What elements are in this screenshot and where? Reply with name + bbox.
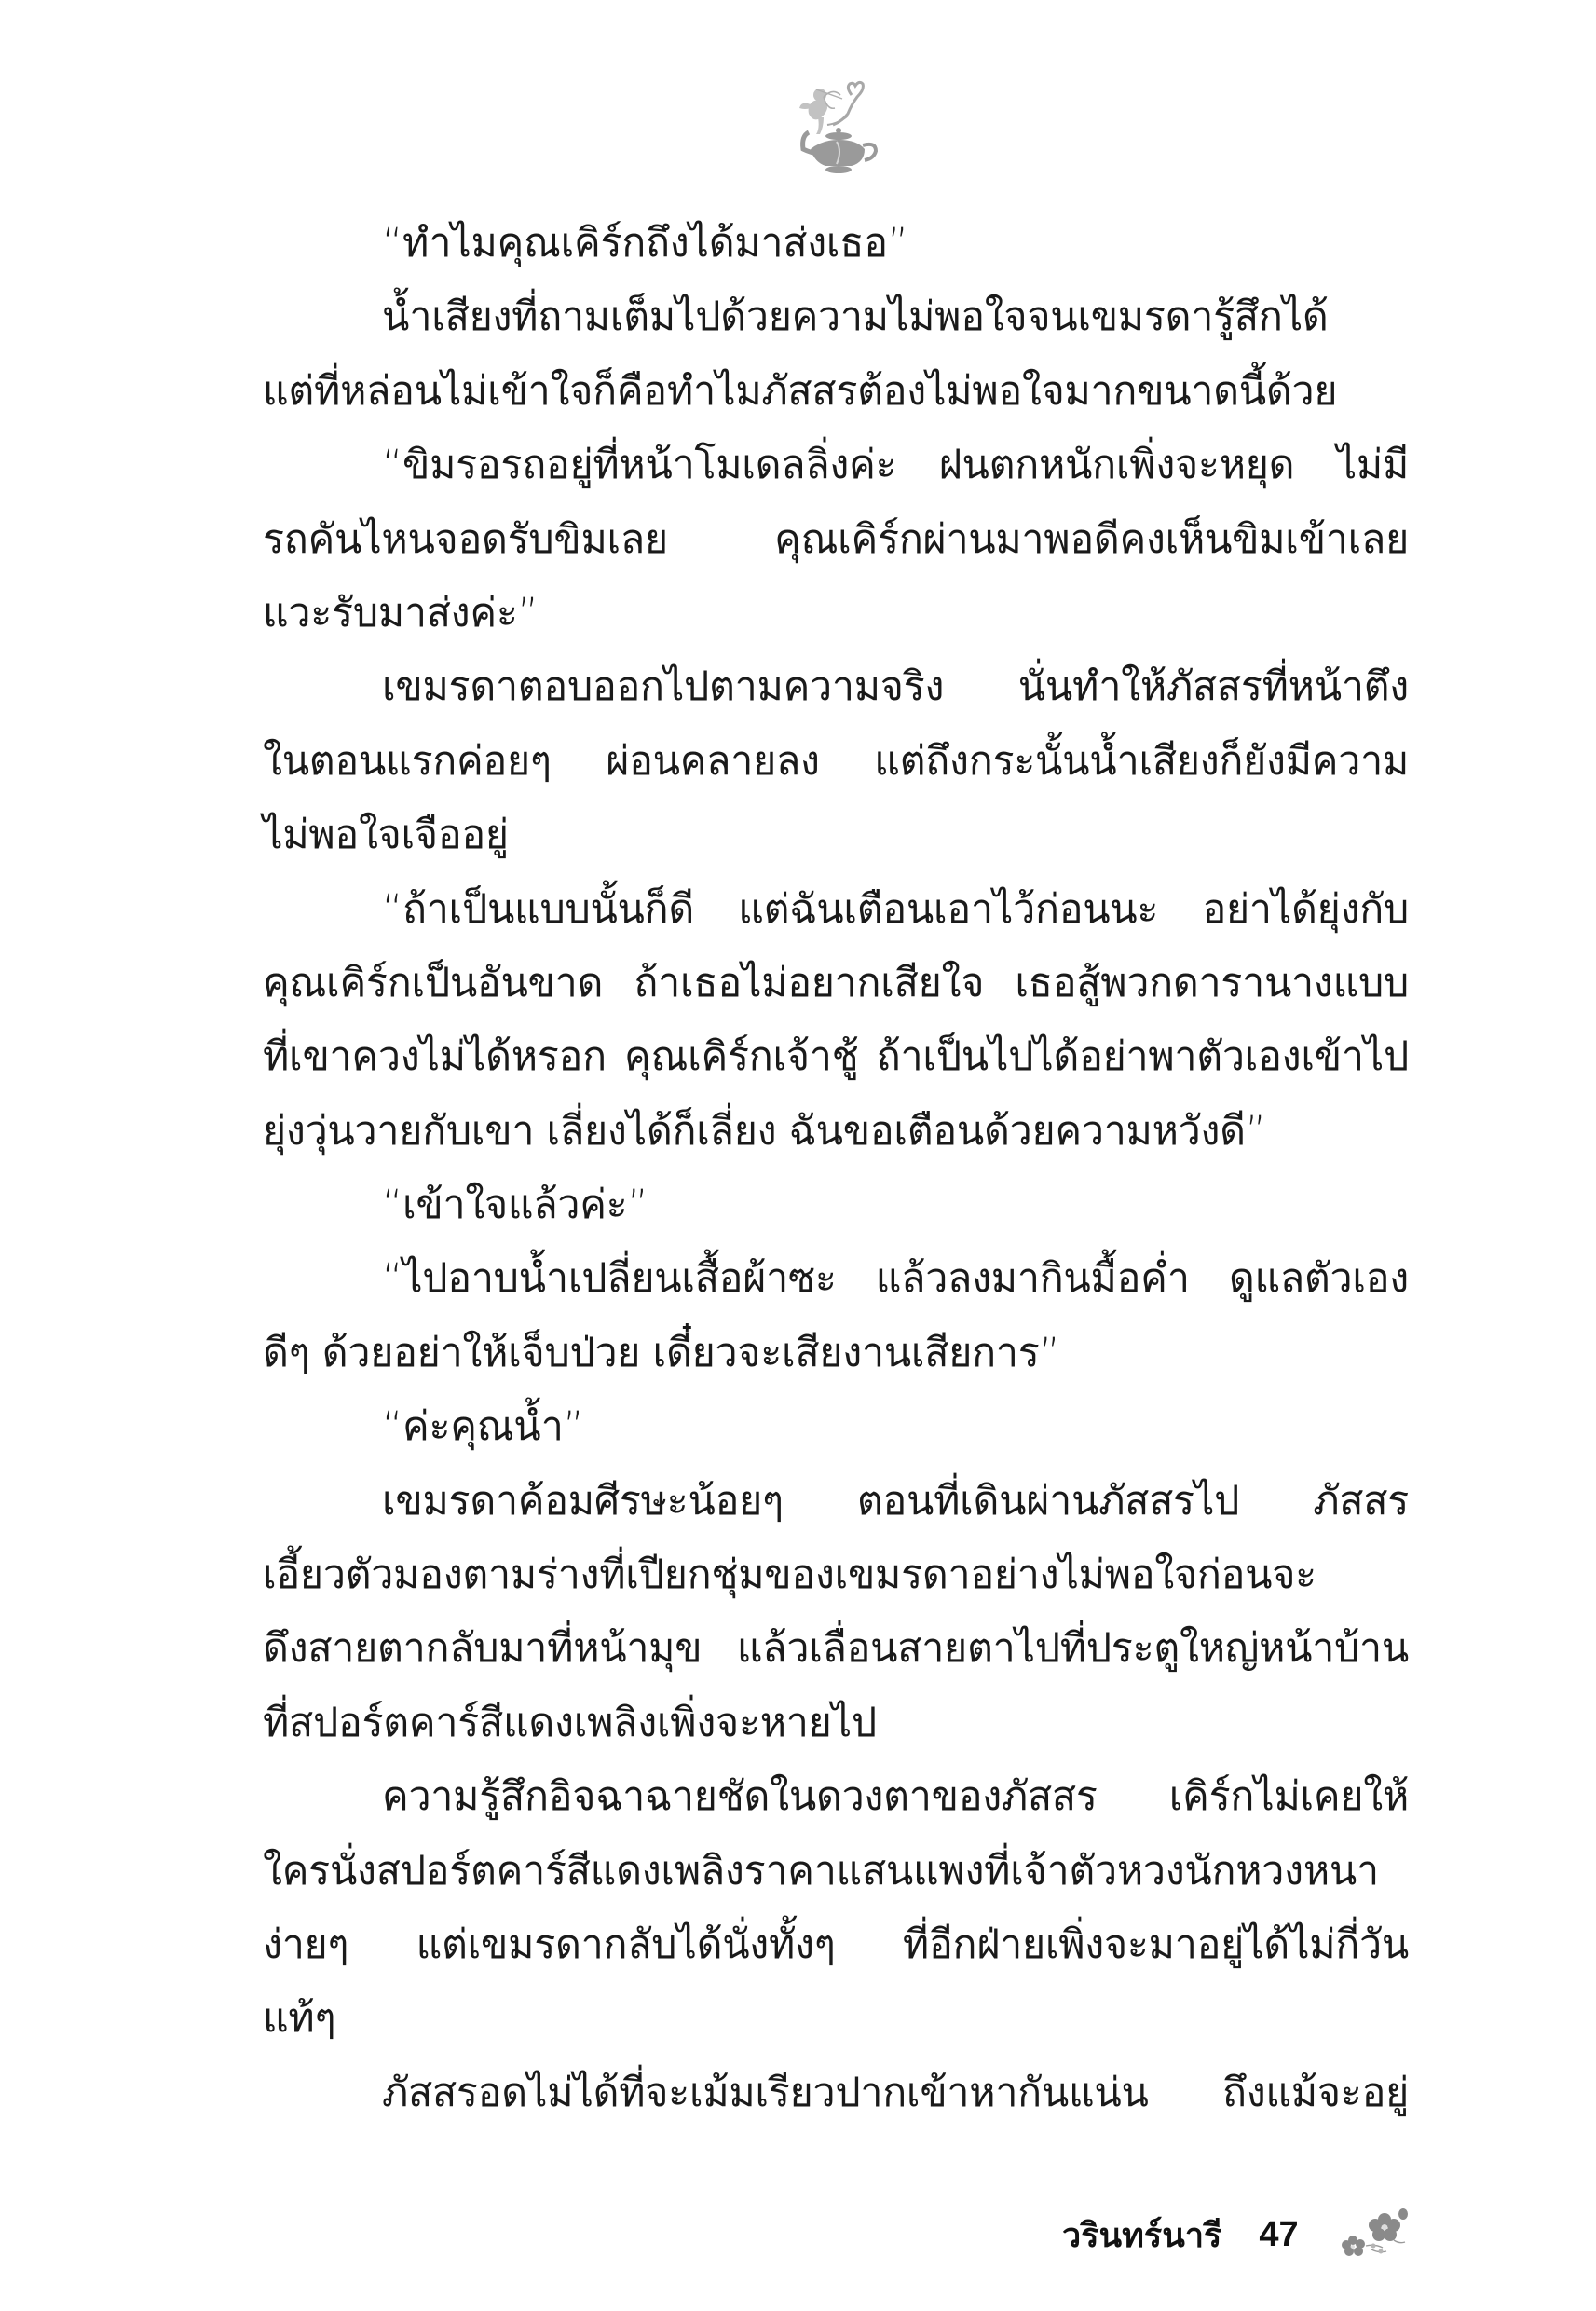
text-line: คุณเคิร์กเป็นอันขาด ถ้าเธอไม่อยากเสียใจ … xyxy=(263,947,1409,1020)
text-line: เอี้ยวตัวมองตามร่างที่เปียกชุ่มของเขมรดา… xyxy=(263,1538,1409,1612)
body-text: “ทำไมคุณเคิร์กถึงได้มาส่งเธอ” น้ำเสียงที… xyxy=(263,207,1409,2130)
text-line: แวะรับมาส่งค่ะ” xyxy=(263,577,1409,650)
text-line: ยุ่งวุ่นวายกับเขา เลี่ยงได้ก็เลี่ยง ฉันข… xyxy=(263,1095,1409,1169)
text-line: ในตอนแรกค่อยๆ ผ่อนคลายลง แต่ถึงกระนั้นน้… xyxy=(263,725,1409,799)
text-line: ความรู้สึกอิจฉาฉายชัดในดวงตาของภัสสร เคิ… xyxy=(263,1760,1409,1834)
text-line: “เข้าใจแล้วค่ะ” xyxy=(263,1169,1409,1242)
text-line: รถคันไหนจอดรับขิมเลย คุณเคิร์กผ่านมาพอดี… xyxy=(263,503,1409,577)
page-footer: วรินทร์นารี 47 xyxy=(1062,2207,1412,2263)
text-line: “ค่ะคุณน้ำ” xyxy=(263,1390,1409,1464)
page-number: 47 xyxy=(1259,2215,1298,2255)
text-line: ดีๆ ด้วยอย่าให้เจ็บป่วย เดี๋ยวจะเสียงานเ… xyxy=(263,1317,1409,1390)
text-line: แท้ๆ xyxy=(263,1982,1409,2056)
text-line: ง่ายๆ แต่เขมรดากลับได้นั่งทั้งๆ ที่อีกฝ่… xyxy=(263,1908,1409,1982)
book-title: วรินทร์นารี xyxy=(1062,2208,1221,2262)
text-line: “ถ้าเป็นแบบนั้นก็ดี แต่ฉันเตือนเอาไว้ก่อ… xyxy=(263,873,1409,947)
text-line: ภัสสรอดไม่ได้ที่จะเม้มเรียวปากเข้าหากันแ… xyxy=(263,2057,1409,2130)
text-line: ไม่พอใจเจืออยู่ xyxy=(263,799,1409,872)
text-line: “ไปอาบน้ำเปลี่ยนเสื้อผ้าซะ แล้วลงมากินมื… xyxy=(263,1242,1409,1316)
text-line: ที่เขาควงไม่ได้หรอก คุณเคิร์กเจ้าชู้ ถ้า… xyxy=(263,1020,1409,1094)
text-line: “ขิมรอรถอยู่ที่หน้าโมเดลลิ่งค่ะ ฝนตกหนัก… xyxy=(263,429,1409,502)
text-line: “ทำไมคุณเคิร์กถึงได้มาส่งเธอ” xyxy=(263,207,1409,280)
text-line: เขมรดาค้อมศีรษะน้อยๆ ตอนที่เดินผ่านภัสสร… xyxy=(263,1465,1409,1538)
flower-ornament-icon xyxy=(1338,2207,1412,2263)
text-line: ที่สปอร์ตคาร์สีแดงเพลิงเพิ่งจะหายไป xyxy=(263,1687,1409,1760)
teapot-cupid-ornament-icon xyxy=(790,76,883,174)
text-line: ดึงสายตากลับมาที่หน้ามุข แล้วเลื่อนสายตา… xyxy=(263,1612,1409,1686)
text-line: ใครนั่งสปอร์ตคาร์สีแดงเพลิงราคาแสนแพงที่… xyxy=(263,1835,1409,1908)
text-line: เขมรดาตอบออกไปตามความจริง นั่นทำให้ภัสสร… xyxy=(263,650,1409,724)
text-line: น้ำเสียงที่ถามเต็มไปด้วยความไม่พอใจจนเขม… xyxy=(263,280,1409,354)
text-line: แต่ที่หล่อนไม่เข้าใจก็คือทำไมภัสสรต้องไม… xyxy=(263,355,1409,429)
